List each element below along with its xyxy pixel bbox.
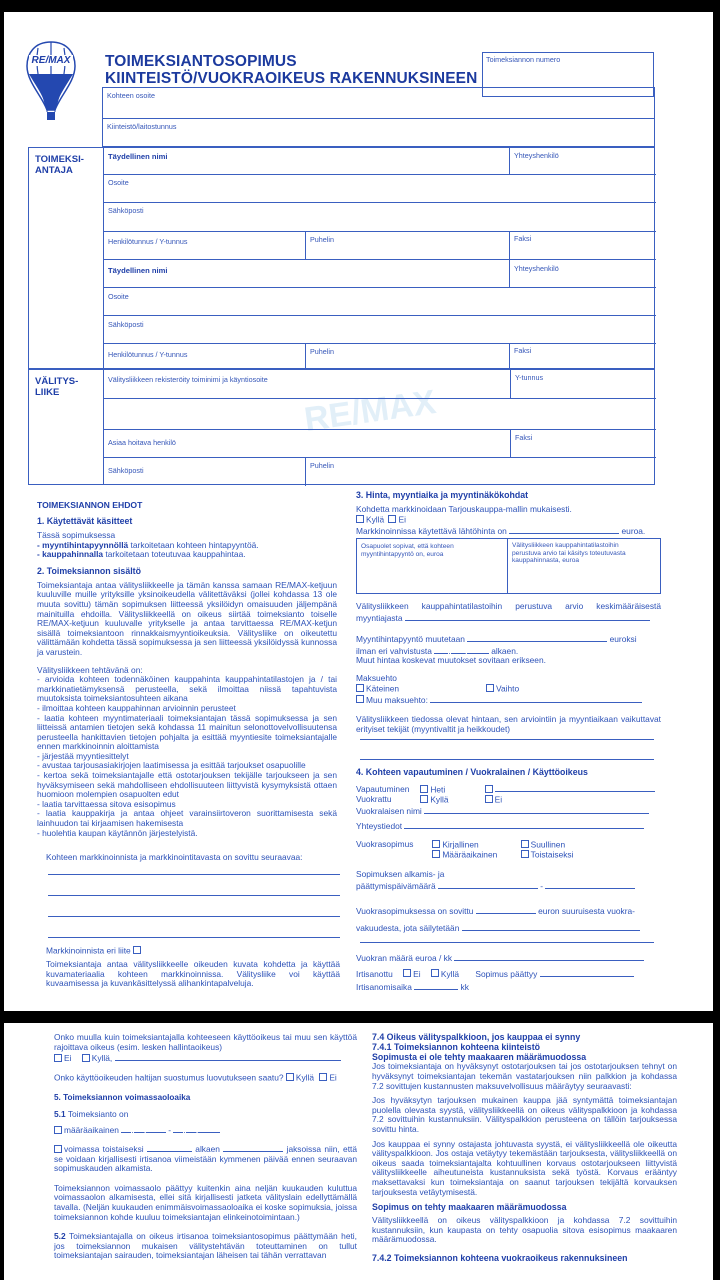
- phone-label: Puhelin: [310, 461, 334, 470]
- contact-person-label: Yhteyshenkilö: [514, 264, 559, 273]
- indefinite-period-input[interactable]: [223, 1143, 283, 1152]
- other-payment-checkbox[interactable]: [356, 695, 364, 703]
- lease-oral-checkbox[interactable]: [521, 840, 529, 848]
- indefinite-start-date[interactable]: [147, 1143, 192, 1152]
- client1-phone-field[interactable]: Puhelin: [306, 232, 508, 259]
- avg-sales-time-label: Välitysliikkeen kauppahintatilastoihin p…: [356, 602, 661, 612]
- rented-no-checkbox[interactable]: [485, 795, 493, 803]
- contact-person-label: Yhteyshenkilö: [514, 151, 559, 160]
- auction-yes-checkbox[interactable]: [356, 515, 364, 523]
- duty-item: - huolehtia kaupan käytännön järjestelyi…: [37, 829, 337, 839]
- fixed-start-month[interactable]: [134, 1124, 144, 1133]
- agency-section-label: VÄLITYS-LIIKE: [35, 376, 78, 398]
- logo-text: RE/MAX: [29, 55, 73, 66]
- client-section-label: TOIMEKSI-ANTAJA: [35, 154, 84, 176]
- section-3-price: 3. Hinta, myyntiaika ja myyntinäkökohdat…: [356, 490, 661, 536]
- page2-left-column: Onko muulla kuin toimeksiantajalla kohte…: [54, 1033, 357, 1261]
- estimated-price-label: Välitysliikkeen kauppahintatilastoihin p…: [512, 542, 647, 565]
- phone-label: Puhelin: [310, 235, 334, 244]
- consent-no-checkbox[interactable]: [319, 1073, 327, 1081]
- document-title-line-2: KIINTEISTÖ/VUOKRAOIKEUS RAKENNUKSINEEN: [105, 71, 477, 87]
- lease-start-date-input[interactable]: [438, 880, 538, 889]
- section-4-rent: Vuokran määrä euroa / kk Irtisanottu Ei …: [356, 952, 661, 993]
- email-label: Sähköposti: [108, 206, 144, 215]
- lease-written-checkbox[interactable]: [432, 840, 440, 848]
- seller-reason-paragraph: Jos hyväksytyn tarjouksen mukainen kaupp…: [372, 1096, 677, 1134]
- client2-address-field[interactable]: Osoite: [104, 288, 656, 315]
- validity-paragraph: Toimeksiannon voimassaolo päättyy kuiten…: [54, 1184, 357, 1222]
- rented-yes-checkbox[interactable]: [420, 795, 428, 803]
- handler-label: Asiaa hoitava henkilö: [108, 438, 176, 447]
- client1-email-field[interactable]: Sähköposti: [104, 203, 656, 230]
- asking-price-label: Osapuolet sopivat, että kohteen myyntihi…: [361, 543, 501, 558]
- assignment-number-label: Toimeksiannon numero: [486, 55, 560, 64]
- agency-address-line-2-field[interactable]: [104, 399, 656, 429]
- client-person-2: Täydellinen nimi Yhteyshenkilö Osoite Sä…: [104, 260, 656, 370]
- client2-fax-field[interactable]: Faksi: [510, 344, 656, 370]
- agency-business-id-field[interactable]: Y-tunnus: [511, 370, 656, 398]
- agency-name-address-field[interactable]: Välitysliikkeen rekisteröity toiminimi j…: [104, 370, 509, 398]
- client2-phone-field[interactable]: Puhelin: [306, 344, 508, 370]
- notice-period-input[interactable]: [414, 981, 458, 990]
- address-label: Osoite: [108, 178, 129, 187]
- page2-right-column: 7.4 Oikeus välityspalkkioon, jos kauppaa…: [372, 1033, 677, 1263]
- change-day-input[interactable]: [434, 645, 448, 654]
- section-2-paragraph: Toimeksiantaja antaa välitysliikkeelle j…: [37, 581, 337, 658]
- usage-no-checkbox[interactable]: [54, 1054, 62, 1062]
- terms-title: TOIMEKSIANNON EHDOT: [37, 500, 337, 510]
- release-immediately-checkbox[interactable]: [420, 785, 428, 793]
- section-4-release: 4. Kohteen vapautuminen / Vuokralainen /…: [356, 767, 661, 933]
- property-id-field[interactable]: Kiinteistö/laitostunnus: [103, 119, 654, 147]
- other-changes-text: Muut hintaa koskevat muutokset sovitaan …: [356, 656, 661, 666]
- fax-label: Faksi: [515, 433, 532, 442]
- other-payment-input[interactable]: [430, 694, 642, 703]
- client2-contact-person-field[interactable]: Yhteyshenkilö: [510, 260, 656, 287]
- agency-fax-field[interactable]: Faksi: [511, 430, 656, 457]
- price-factors-line-1[interactable]: [360, 739, 654, 740]
- client1-id-field[interactable]: Henkilötunnus / Y-tunnus: [104, 232, 304, 259]
- asking-price-field[interactable]: Osapuolet sopivat, että kohteen myyntihi…: [357, 539, 507, 593]
- section-1-title: 1. Käytettävät käsitteet: [37, 516, 337, 526]
- client2-id-field[interactable]: Henkilötunnus / Y-tunnus: [104, 344, 304, 370]
- deposit-location-line-2[interactable]: [360, 942, 654, 943]
- property-block: Kohteen osoite Kiinteistö/laitostunnus: [102, 87, 655, 147]
- price-boxes: Osapuolet sopivat, että kohteen myyntihi…: [356, 538, 661, 594]
- section-5-title: 5. Toimeksiannon voimassaoloaika: [54, 1093, 357, 1102]
- fixed-end-year[interactable]: [198, 1124, 220, 1133]
- marketing-line-1[interactable]: [48, 874, 340, 875]
- buyer-reason-paragraph: Jos kauppaa ei synny ostajasta johtuvast…: [372, 1140, 677, 1198]
- id-label: Henkilötunnus / Y-tunnus: [108, 237, 188, 246]
- marketing-separate-attachment: Markkinoinnista eri liite: [46, 946, 143, 956]
- tenant-contact-input[interactable]: [404, 820, 644, 829]
- marketing-attachment-checkbox[interactable]: [133, 946, 141, 954]
- terminated-yes-checkbox[interactable]: [431, 969, 439, 977]
- terminated-no-checkbox[interactable]: [403, 969, 411, 977]
- property-address-field[interactable]: Kohteen osoite: [103, 88, 654, 118]
- document-title-line-1: TOIMEKSIANTOSOPIMUS: [105, 54, 297, 70]
- price-factors-label: Välitysliikkeen tiedossa olevat hintaan,…: [356, 715, 661, 734]
- section-3-continued: Välitysliikkeen kauppahintatilastoihin p…: [356, 602, 661, 734]
- fixed-end-day[interactable]: [173, 1124, 183, 1133]
- fixed-start-day[interactable]: [121, 1124, 131, 1133]
- agency-handler-field[interactable]: Asiaa hoitava henkilö: [104, 430, 509, 457]
- consent-yes-checkbox[interactable]: [286, 1073, 294, 1081]
- cash-checkbox[interactable]: [356, 684, 364, 692]
- fixed-start-year[interactable]: [146, 1124, 166, 1133]
- section-4-title: 4. Kohteen vapautuminen / Vuokralainen /…: [356, 767, 661, 777]
- marketing-line-2[interactable]: [48, 895, 340, 896]
- email-label: Sähköposti: [108, 320, 144, 329]
- phone-label: Puhelin: [310, 347, 334, 356]
- auction-no-checkbox[interactable]: [388, 515, 396, 523]
- client1-contact-person-field[interactable]: Yhteyshenkilö: [510, 148, 656, 174]
- client2-full-name-field[interactable]: Täydellinen nimi: [104, 260, 509, 287]
- rent-amount-input[interactable]: [454, 952, 644, 961]
- client1-fax-field[interactable]: Faksi: [510, 232, 656, 259]
- deposit-location-input[interactable]: [462, 922, 640, 931]
- fixed-end-month[interactable]: [186, 1124, 196, 1133]
- lease-end-date-input[interactable]: [545, 880, 635, 889]
- tenant-name-input[interactable]: [424, 805, 649, 814]
- id-label: Henkilötunnus / Y-tunnus: [108, 350, 188, 359]
- fax-label: Faksi: [514, 234, 531, 243]
- start-price-input[interactable]: [509, 525, 619, 534]
- start-price-row: Markkinoinnissa käytettävä lähtöhinta on…: [356, 525, 661, 537]
- usage-rights-question: Onko muulla kuin toimeksiantajalla kohte…: [54, 1033, 357, 1052]
- document-page-1: RE/MAX RE/MAX TOIMEKSIANTOSOPIMUS KIINTE…: [4, 12, 713, 1011]
- fixed-term-checkbox[interactable]: [54, 1126, 62, 1134]
- duty-item: - laatia kauppakirja ja antaa ohjeet var…: [37, 809, 337, 828]
- section-1-text: Tässä sopimuksessa - myyntihintapyynnöll…: [37, 531, 337, 560]
- usage-details-input[interactable]: [115, 1052, 341, 1061]
- client-block: TOIMEKSI-ANTAJA Täydellinen nimi Yhteysh…: [28, 147, 655, 369]
- form-title: Sopimus on tehty maakaaren määrämuodossa: [372, 1202, 677, 1212]
- agency-duties-list: - arvioida kohteen todennäköinen kauppah…: [37, 675, 337, 838]
- duty-item: - kertoa sekä toimeksiantajalle että ost…: [37, 771, 337, 800]
- avg-sales-time-input[interactable]: [405, 612, 650, 621]
- terms-left-column: TOIMEKSIANNON EHDOT 1. Käytettävät käsit…: [37, 500, 337, 838]
- duty-item: - arvioida kohteen todennäköinen kauppah…: [37, 675, 337, 704]
- client1-address-field[interactable]: Osoite: [104, 175, 656, 202]
- change-month-input[interactable]: [451, 645, 465, 654]
- deposit-amount-input[interactable]: [476, 905, 536, 914]
- marketing-line-3[interactable]: [48, 916, 340, 917]
- new-price-input[interactable]: [467, 633, 607, 642]
- email-label: Sähköposti: [108, 466, 144, 475]
- full-name-label: Täydellinen nimi: [108, 152, 168, 161]
- section-3-title: 3. Hinta, myyntiaika ja myyntinäkökohdat: [356, 490, 661, 500]
- client2-email-field[interactable]: Sähköposti: [104, 316, 656, 343]
- duty-item: - laatia kohteen myyntimateriaali toimek…: [37, 714, 337, 752]
- remax-balloon-logo: RE/MAX: [26, 40, 76, 130]
- agency-phone-field[interactable]: Puhelin: [306, 458, 656, 485]
- form-paragraph: Välitysliikkeellä on oikeus välityspalkk…: [372, 1216, 677, 1245]
- exchange-checkbox[interactable]: [486, 684, 494, 692]
- section-2-title: 2. Toimeksiannon sisältö: [37, 566, 337, 576]
- agency-email-field[interactable]: Sähköposti: [104, 458, 304, 485]
- lease-dates-label: Sopimuksen alkamis- ja: [356, 870, 661, 880]
- lease-indefinite-checkbox[interactable]: [521, 850, 529, 858]
- price-factors-line-2[interactable]: [360, 759, 654, 760]
- fax-label: Faksi: [514, 346, 531, 355]
- lease-ends-input[interactable]: [540, 968, 634, 977]
- auction-choice: Kyllä Ei: [356, 515, 661, 525]
- release-other-checkbox[interactable]: [485, 785, 493, 793]
- marketing-agreed-label: Kohteen markkinoinnista ja markkinointit…: [46, 853, 303, 863]
- full-name-label: Täydellinen nimi: [108, 266, 168, 275]
- business-id-label: Y-tunnus: [515, 373, 543, 382]
- marketing-line-4[interactable]: [48, 937, 340, 938]
- client1-full-name-field[interactable]: Täydellinen nimi: [104, 148, 509, 174]
- photo-rights-paragraph: Toimeksiantaja antaa välitysliikkeelle o…: [46, 960, 340, 989]
- no-form-paragraph: Jos toimeksiantaja on hyväksynyt ostotar…: [372, 1062, 677, 1091]
- document-page-2: Onko muulla kuin toimeksiantajalla kohte…: [4, 1023, 713, 1280]
- client-person-1: Täydellinen nimi Yhteyshenkilö Osoite Sä…: [104, 148, 656, 259]
- estimated-price-field[interactable]: Välitysliikkeen kauppahintatilastoihin p…: [508, 539, 660, 593]
- usage-yes-checkbox[interactable]: [82, 1054, 90, 1062]
- agency-block: VÄLITYS-LIIKE Välitysliikkeen rekisteröi…: [28, 369, 655, 485]
- lease-fixed-term-checkbox[interactable]: [432, 850, 440, 858]
- section-7-4-2-title: 7.4.2 Toimeksiannon kohteena vuokraoikeu…: [372, 1253, 677, 1263]
- indefinite-checkbox[interactable]: [54, 1145, 62, 1153]
- agency-name-address-label: Välitysliikkeen rekisteröity toiminimi j…: [108, 375, 268, 384]
- property-id-label: Kiinteistö/laitostunnus: [107, 122, 177, 131]
- release-date-input[interactable]: [495, 783, 655, 792]
- address-label: Osoite: [108, 292, 129, 301]
- property-address-label: Kohteen osoite: [107, 91, 155, 100]
- change-year-input[interactable]: [467, 645, 489, 654]
